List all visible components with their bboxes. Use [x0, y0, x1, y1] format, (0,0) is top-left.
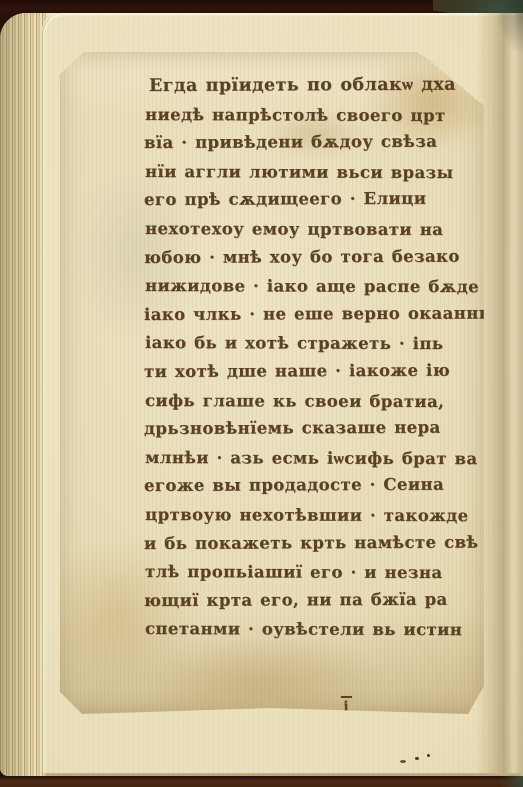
- text-line: іако члкь · не еше верно окаанны: [144, 299, 480, 329]
- manuscript-photo: Егда прїидеть по облакѡ дха ниедѣ напрѣс…: [0, 0, 523, 787]
- ink-speck: [427, 754, 430, 757]
- text-line: ти хотѣ дше наше · іакоже ію: [144, 356, 480, 386]
- text-line: егоже вы продадосте · Сеина: [144, 471, 480, 501]
- text-line: юбою · мнѣ хоу бо тога безако: [144, 242, 480, 272]
- text-line: вїа · привѣдени бѫдоу свѣза: [144, 128, 480, 158]
- cover-green-corner: [501, 776, 523, 787]
- background-bottom-band: [0, 776, 523, 787]
- text-line: млнѣи · азь есмь іѡсифь брат ва: [145, 444, 481, 474]
- text-line: ющиї крта его, ни па бжїа ра: [144, 585, 480, 615]
- text-line: его прѣ сѫдищеего · Елици: [144, 185, 480, 215]
- text-line: тлѣ пропьіашиї его · и незна: [145, 558, 481, 588]
- text-line: сифь глаше кь своеи братиа,: [145, 387, 481, 417]
- text-line: нехотехоу емоу цртвовати на: [145, 215, 481, 245]
- text-line: спетанми · оувѣстели вь истин: [145, 615, 481, 645]
- fore-edge-page-edges: [0, 13, 46, 776]
- titlo-bar: [341, 696, 352, 698]
- text-line: дрьзновѣнїемь сказаше нера: [144, 414, 480, 444]
- ink-speck: [400, 760, 406, 763]
- text-line: ниедѣ напрѣстолѣ своего црт: [145, 101, 481, 131]
- text-line: нижидове · іако аще распе бѫде: [145, 272, 481, 302]
- text-line: іако бь и хотѣ стражеть · іпь: [145, 329, 481, 359]
- text-block: Егда прїидеть по облакѡ дха ниедѣ напрѣс…: [144, 72, 480, 644]
- text-line: цртвоую нехотѣвшии · такожде: [145, 501, 481, 531]
- manuscript-leaf: Егда прїидеть по облакѡ дха ниедѣ напрѣс…: [60, 52, 484, 714]
- text-line: Егда прїидеть по облакѡ дха: [149, 71, 480, 101]
- ink-speck: [415, 757, 419, 760]
- text-line: нїи аггли лютими вьси вразы: [145, 158, 481, 188]
- text-line: и бь покажеть крть намѣсте свѣ: [144, 528, 480, 558]
